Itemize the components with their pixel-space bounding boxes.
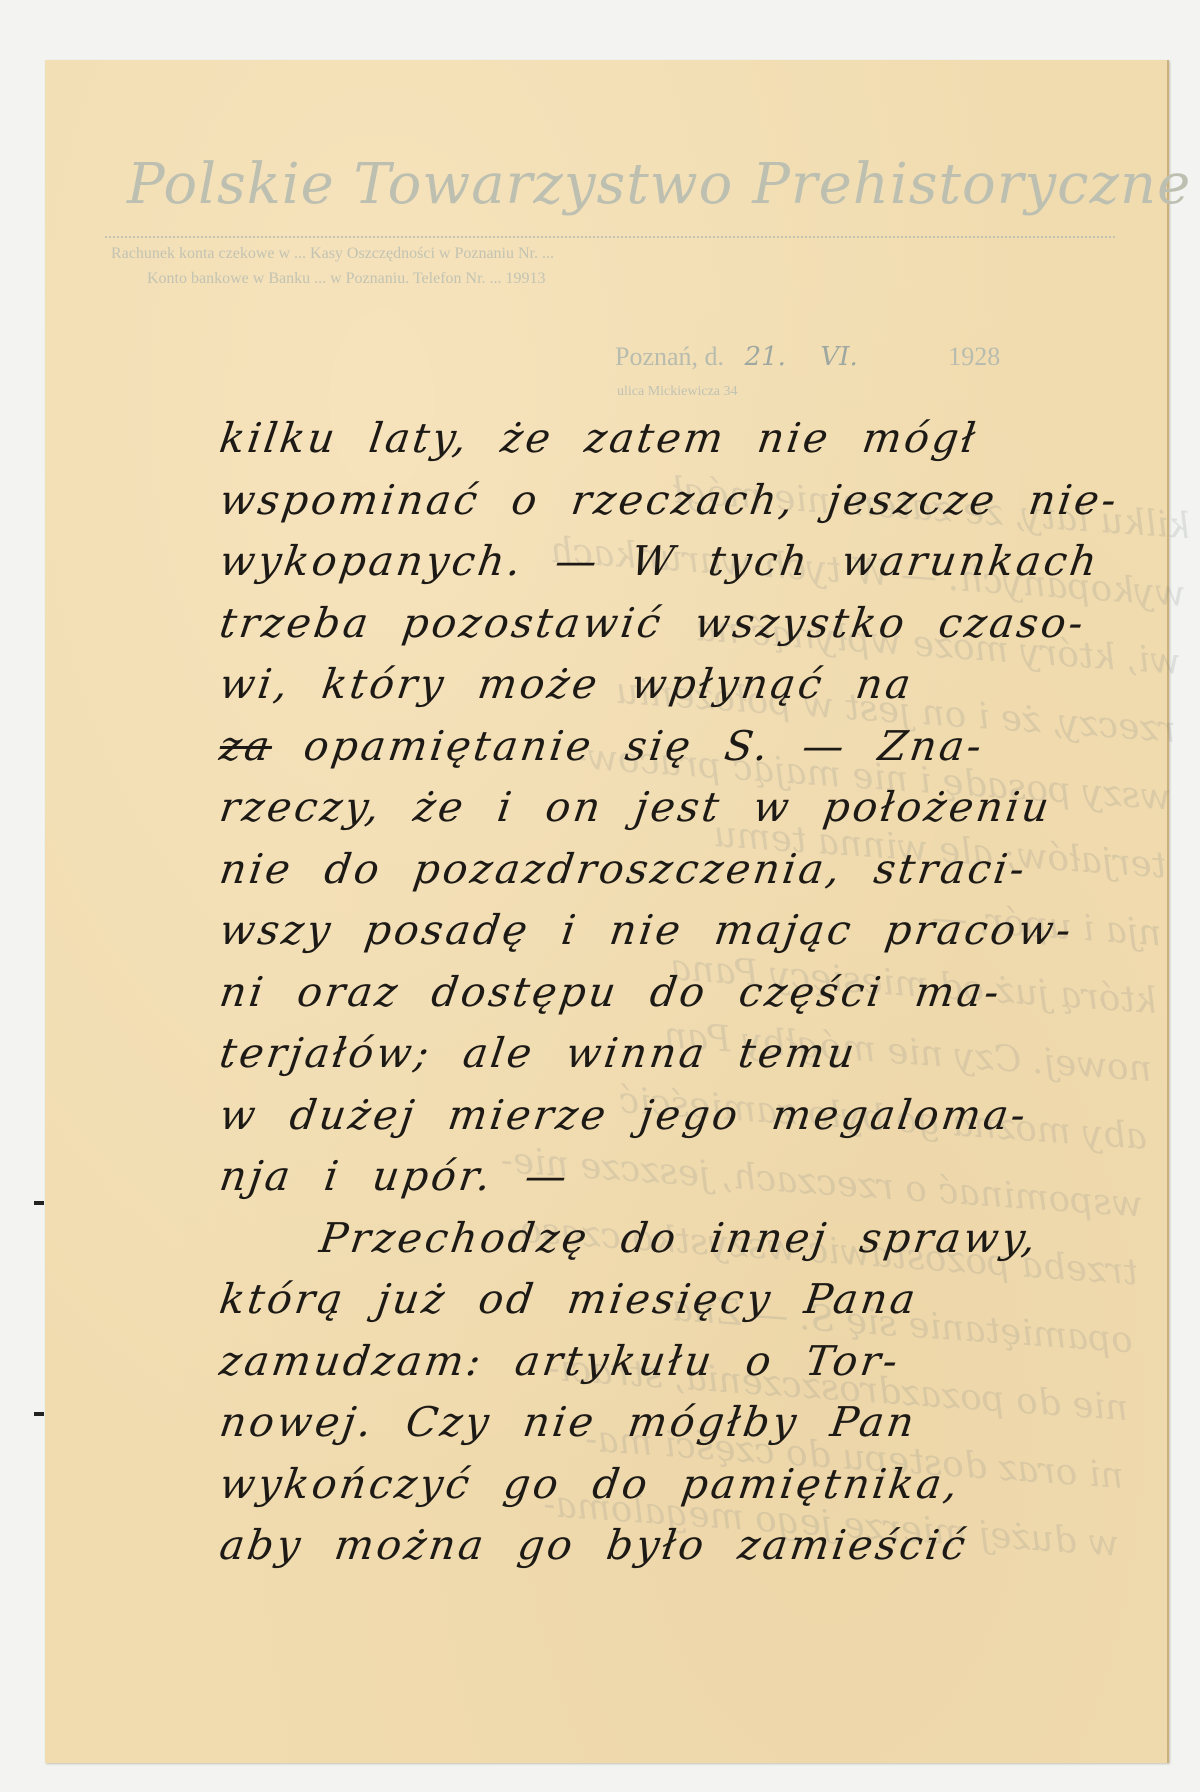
letterhead-bank-line: Konto bankowe w Banku ... w Poznaniu. Te… — [147, 270, 546, 288]
date-day: 21. — [745, 342, 786, 372]
letter-page: Polskie Towarzystwo Prehistoryczne Rachu… — [45, 60, 1169, 1763]
text-line: wykopanych. — W tych warunkach — [216, 531, 1155, 593]
text-line: rzeczy, że i on jest w położeniu — [216, 777, 1155, 839]
margin-mark — [34, 1201, 44, 1205]
date-month: VI. — [820, 342, 857, 372]
text-line: trzeba pozostawić wszystko czaso- — [216, 593, 1155, 655]
text-line: w dużej mierze jego megaloma- — [216, 1085, 1155, 1147]
margin-mark — [34, 1412, 44, 1416]
struck-word: za — [217, 722, 276, 770]
text-line: którą już od miesięcy Pana — [216, 1269, 1155, 1331]
date-line: Poznań, d. 21. VI. 1928 — [615, 342, 1000, 372]
text-line: ni oraz dostępu do części ma- — [216, 962, 1155, 1024]
text-line: terjałów; ale winna temu — [216, 1023, 1155, 1085]
text-line: kilku laty, że zatem nie mógł — [216, 408, 1155, 470]
street-address: ulica Mickiewicza 34 — [617, 384, 738, 400]
text-line: wspominać o rzeczach, jeszcze nie- — [216, 470, 1155, 532]
text-line: aby można go było zamieścić — [216, 1515, 1155, 1577]
text-line: zamudzam: artykułu o Tor- — [216, 1331, 1155, 1393]
date-year: 1928 — [948, 342, 1000, 371]
letterhead-account-line: Rachunek konta czekowe w ... Kasy Oszczę… — [111, 245, 554, 263]
text-line: nja i upór. — — [216, 1146, 1155, 1208]
text-line: nowej. Czy nie mógłby Pan — [216, 1392, 1155, 1454]
text-line: wszy posadę i nie mając pracow- — [216, 900, 1155, 962]
handwritten-body: kilku laty, że zatem nie mógł wspominać … — [220, 408, 1150, 1577]
paragraph-start-line: Przechodzę do innej sprawy, — [216, 1208, 1155, 1270]
text-line-with-strikeout: za opamiętanie się S. — Zna- — [216, 716, 1155, 778]
text-line: wi, który może wpłynąć na — [216, 654, 1155, 716]
text-line: wykończyć go do pamiętnika, — [216, 1454, 1155, 1516]
letterhead-divider — [105, 236, 1115, 238]
text-line: nie do pozazdroszczenia, straci- — [216, 839, 1155, 901]
letterhead-title: Polskie Towarzystwo Prehistoryczne — [127, 152, 1127, 217]
date-place: Poznań, d. — [615, 342, 724, 371]
